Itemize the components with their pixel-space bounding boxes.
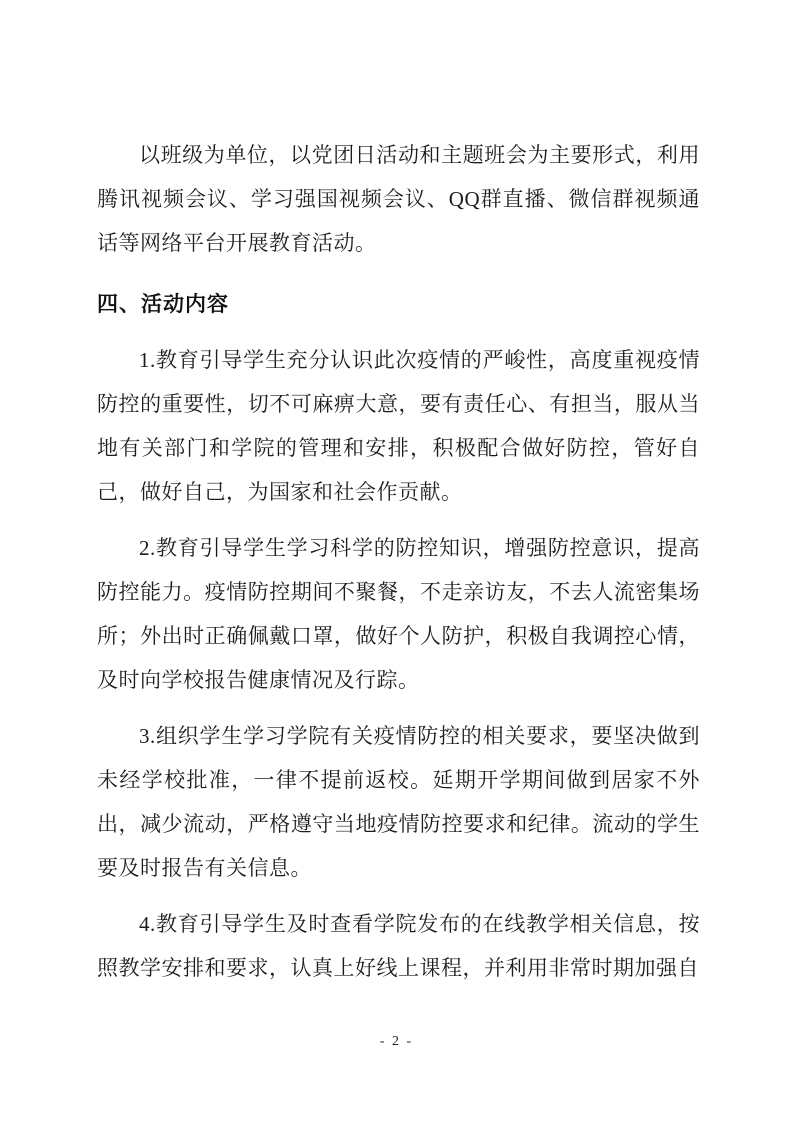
document-page: 以班级为单位，以党团日活动和主题班会为主要形式，利用腾讯视频会议、学习强国视频会… (0, 0, 793, 1122)
intro-paragraph: 以班级为单位，以党团日活动和主题班会为主要形式，利用腾讯视频会议、学习强国视频会… (97, 133, 700, 265)
paragraph-item-3: 3.组织学生学习学院有关疫情防控的相关要求，要坚决做到未经学校批准，一律不提前返… (97, 714, 700, 890)
paragraph-item-2: 2.教育引导学生学习科学的防控知识，增强防控意识，提高防控能力。疫情防控期间不聚… (97, 526, 700, 702)
paragraph-item-4: 4.教育引导学生及时查看学院发布的在线教学相关信息，按照教学安排和要求，认真上好… (97, 902, 700, 990)
document-body: 以班级为单位，以党团日活动和主题班会为主要形式，利用腾讯视频会议、学习强国视频会… (0, 0, 793, 990)
section-heading-activity-content: 四、活动内容 (97, 283, 700, 327)
page-number: - 2 - (0, 1032, 793, 1052)
paragraph-item-1: 1.教育引导学生充分认识此次疫情的严峻性，高度重视疫情防控的重要性，切不可麻痹大… (97, 338, 700, 514)
